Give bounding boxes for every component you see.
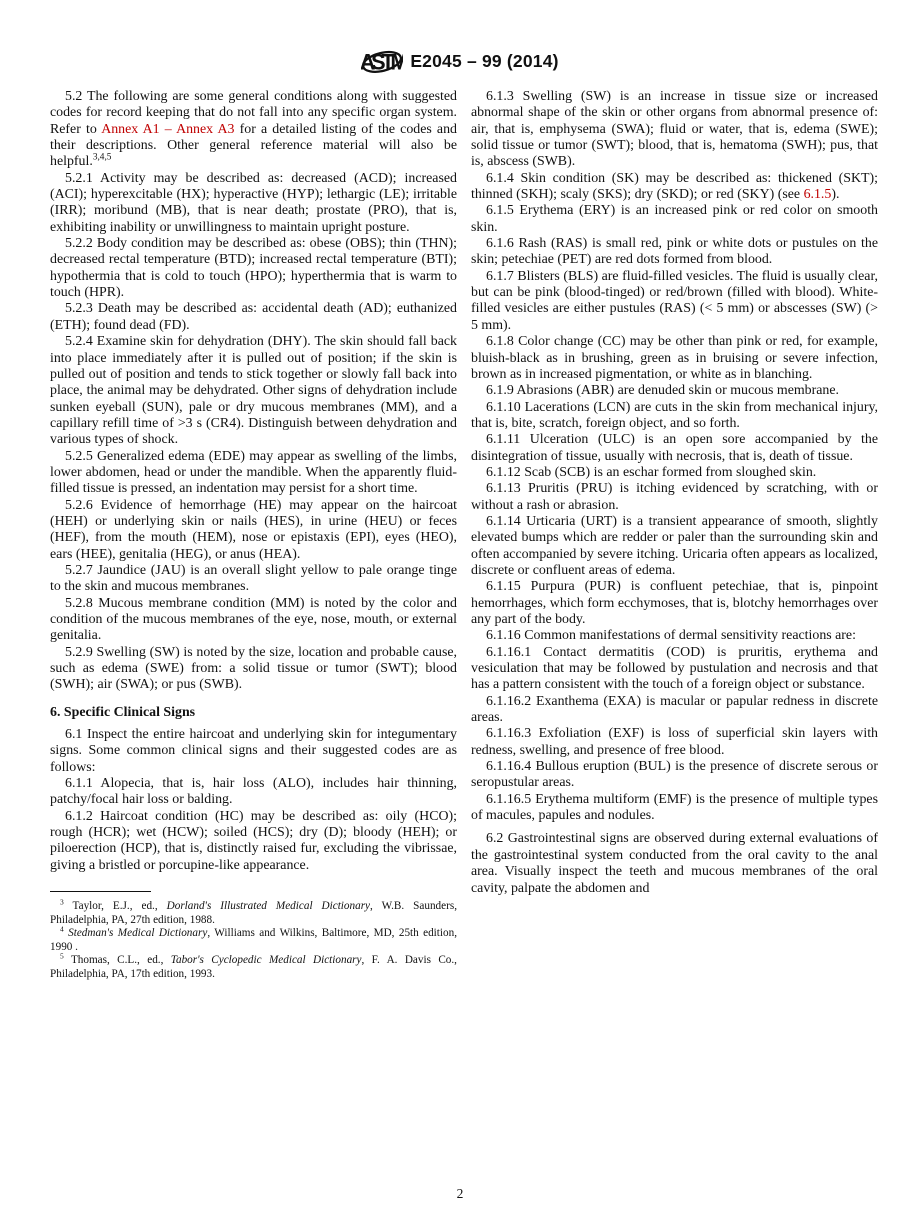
footnote-number: 4 (60, 924, 64, 933)
text-run: 6.1.9 Abrasions (ABR) are denuded skin o… (486, 383, 839, 398)
paragraph: 5.2.2 Body condition may be described as… (50, 236, 457, 301)
footnote-number: 3 (60, 897, 64, 906)
footnote-marker-345: 3,4,5 (93, 153, 112, 163)
paragraph: 6.1.3 Swelling (SW) is an increase in ti… (471, 89, 878, 171)
two-column-body: 5.2 The following are some general condi… (0, 78, 920, 981)
paragraph: 6.2 Gastrointestinal signs are observed … (471, 831, 878, 896)
text-run: 6.1.11 Ulceration (ULC) is an open sore … (471, 432, 878, 463)
text-run: 5.2.4 Examine skin for dehydration (DHY)… (50, 334, 457, 447)
text-run: 5.2.1 Activity may be described as: decr… (50, 171, 457, 235)
text-run: 6.1.7 Blisters (BLS) are fluid-filled ve… (471, 269, 878, 333)
text-run: Taylor, E.J., ed., (73, 900, 167, 912)
paragraph: 5.2.4 Examine skin for dehydration (DHY)… (50, 334, 457, 448)
text-run: 6.1.6 Rash (RAS) is small red, pink or w… (471, 236, 878, 267)
text-run: 6.1.16.1 Contact dermatitis (COD) is pru… (471, 645, 878, 693)
paragraph: 6.1.16 Common manifestations of dermal s… (471, 628, 878, 644)
text-run: 6.1.15 Purpura (PUR) is confluent petech… (471, 579, 878, 627)
text-run: 6.1.8 Color change (CC) may be other tha… (471, 334, 878, 382)
paragraph: 5.2.9 Swelling (SW) is noted by the size… (50, 645, 457, 694)
text-run: 6.1.16 Common manifestations of dermal s… (486, 628, 856, 643)
text-run: ). (831, 187, 839, 202)
paragraph: 5.2.5 Generalized edema (EDE) may appear… (50, 449, 457, 498)
footnote: 4 Stedman's Medical Dictionary, Williams… (50, 927, 457, 954)
text-run: 5.2.3 Death may be described as: acciden… (50, 301, 457, 332)
text-run: 5.2.7 Jaundice (JAU) is an overall sligh… (50, 563, 457, 594)
astm-logo-icon: ASTM (361, 44, 403, 78)
annex-a1-a3-link[interactable]: Annex A1 – Annex A3 (101, 122, 234, 137)
paragraph: 6.1.2 Haircoat condition (HC) may be des… (50, 809, 457, 874)
text-run: 5.2.2 Body condition may be described as… (50, 236, 457, 300)
paragraph: 5.2.6 Evidence of hemorrhage (HE) may ap… (50, 498, 457, 563)
paragraph: 6.1.16.2 Exanthema (EXA) is macular or p… (471, 694, 878, 727)
footnote: 3 Taylor, E.J., ed., Dorland's Illustrat… (50, 900, 457, 927)
paragraph: 6.1.4 Skin condition (SK) may be describ… (471, 171, 878, 204)
text-run: 6.1.14 Urticaria (URT) is a transient ap… (471, 514, 878, 578)
paragraph: 6.1.6 Rash (RAS) is small red, pink or w… (471, 236, 878, 269)
footnote: 5 Thomas, C.L., ed., Tabor's Cyclopedic … (50, 954, 457, 981)
svg-text:ASTM: ASTM (361, 50, 403, 75)
document-header: ASTM E2045 – 99 (2014) (0, 0, 920, 78)
text-run: 6.1.16.5 Erythema multiform (EMF) is the… (471, 792, 878, 823)
text-run: 6.1.12 Scab (SCB) is an eschar formed fr… (486, 465, 816, 480)
paragraph: 5.2.7 Jaundice (JAU) is an overall sligh… (50, 563, 457, 596)
text-run: 5.2.9 Swelling (SW) is noted by the size… (50, 645, 457, 693)
paragraph: 6.1.15 Purpura (PUR) is confluent petech… (471, 579, 878, 628)
left-column: 5.2 The following are some general condi… (50, 89, 457, 981)
text-run: 6.1.2 Haircoat condition (HC) may be des… (50, 809, 457, 873)
paragraph: 6.1.8 Color change (CC) may be other tha… (471, 334, 878, 383)
text-run: 6.1.3 Swelling (SW) is an increase in ti… (471, 89, 878, 169)
right-column: 6.1.3 Swelling (SW) is an increase in ti… (471, 89, 878, 981)
document-title: E2045 – 99 (2014) (410, 51, 558, 72)
text-run: 5.2.8 Mucous membrane condition (MM) is … (50, 596, 457, 644)
section-6-1-5-link[interactable]: 6.1.5 (804, 187, 832, 202)
paragraph: 6.1 Inspect the entire haircoat and unde… (50, 727, 457, 776)
paragraph: 5.2.1 Activity may be described as: decr… (50, 171, 457, 236)
paragraph: 6.1.14 Urticaria (URT) is a transient ap… (471, 514, 878, 579)
paragraph: 6.1.16.4 Bullous eruption (BUL) is the p… (471, 759, 878, 792)
text-run: 6.1 Inspect the entire haircoat and unde… (50, 727, 457, 775)
text-run: 6.1.10 Lacerations (LCN) are cuts in the… (471, 400, 878, 431)
paragraph: 6.1.16.5 Erythema multiform (EMF) is the… (471, 792, 878, 825)
page-number: 2 (0, 1186, 920, 1202)
text-run: Stedman's Medical Dictionary (68, 927, 207, 939)
paragraph: 6.1.13 Pruritis (PRU) is itching evidenc… (471, 481, 878, 514)
text-run: Thomas, C.L., ed., (71, 954, 171, 966)
paragraph: 6.1.1 Alopecia, that is, hair loss (ALO)… (50, 776, 457, 809)
text-run: 6.1.1 Alopecia, that is, hair loss (ALO)… (50, 776, 457, 807)
text-run: 6.1.16.4 Bullous eruption (BUL) is the p… (471, 759, 878, 790)
text-run: 5.2.5 Generalized edema (EDE) may appear… (50, 449, 457, 497)
paragraph: 6.1.9 Abrasions (ABR) are denuded skin o… (471, 383, 878, 399)
paragraph: 6.1.16.1 Contact dermatitis (COD) is pru… (471, 645, 878, 694)
text-run: 6.1.16.2 Exanthema (EXA) is macular or p… (471, 694, 878, 725)
paragraph: 6.1.11 Ulceration (ULC) is an open sore … (471, 432, 878, 465)
text-run: 6.2 Gastrointestinal signs are observed … (471, 831, 878, 895)
paragraph: 5.2.8 Mucous membrane condition (MM) is … (50, 596, 457, 645)
text-run: 6.1.16.3 Exfoliation (EXF) is loss of su… (471, 726, 878, 757)
text-run: 6.1.5 Erythema (ERY) is an increased pin… (471, 203, 878, 234)
paragraph: 6.1.5 Erythema (ERY) is an increased pin… (471, 203, 878, 236)
section-heading: 6. Specific Clinical Signs (50, 705, 457, 721)
footnote-divider (50, 891, 151, 892)
text-run: Dorland's Illustrated Medical Dictionary (167, 900, 370, 912)
paragraph: 6.1.7 Blisters (BLS) are fluid-filled ve… (471, 269, 878, 334)
paragraph: 6.1.10 Lacerations (LCN) are cuts in the… (471, 400, 878, 433)
text-run: 5.2.6 Evidence of hemorrhage (HE) may ap… (50, 498, 457, 562)
paragraph: 6.1.12 Scab (SCB) is an eschar formed fr… (471, 465, 878, 481)
paragraph: 5.2.3 Death may be described as: acciden… (50, 301, 457, 334)
paragraph: 6.1.16.3 Exfoliation (EXF) is loss of su… (471, 726, 878, 759)
paragraph: 5.2 The following are some general condi… (50, 89, 457, 171)
footnote-number: 5 (60, 951, 64, 960)
text-run: Tabor's Cyclopedic Medical Dictionary (171, 954, 362, 966)
footnotes-section: 3 Taylor, E.J., ed., Dorland's Illustrat… (50, 891, 457, 981)
document-page: ASTM E2045 – 99 (2014) 5.2 The following… (0, 0, 920, 1232)
text-run: 6.1.13 Pruritis (PRU) is itching evidenc… (471, 481, 878, 512)
